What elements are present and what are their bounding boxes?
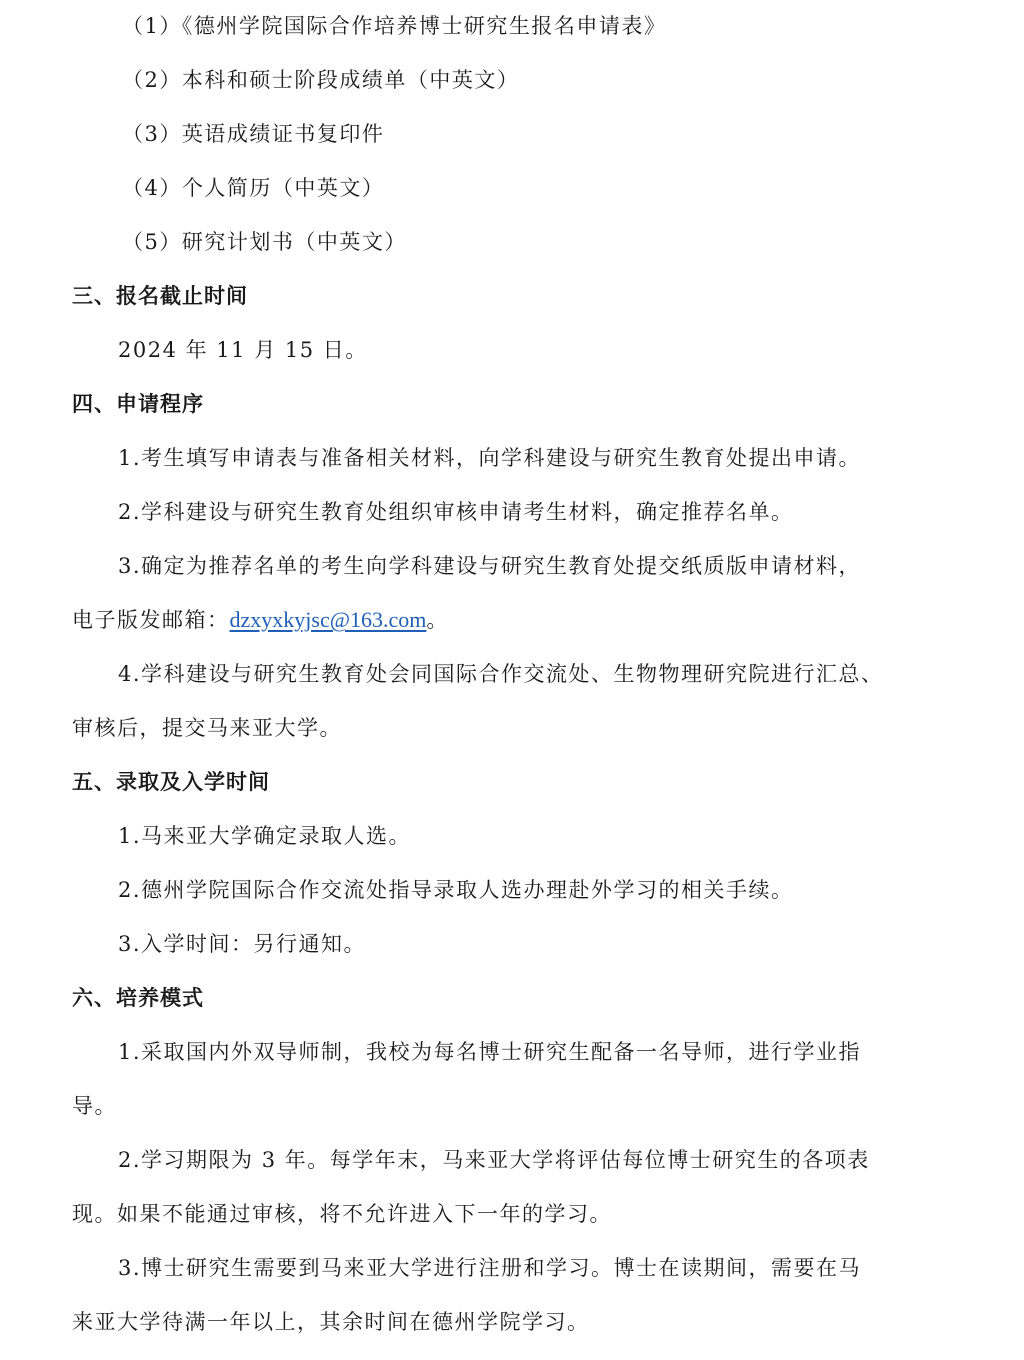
training-item-1-line2: 导。 xyxy=(72,1091,952,1121)
procedure-step-4-line1: 4.学科建设与研究生教育处会同国际合作交流处、生物物理研究院进行汇总、 xyxy=(118,659,998,689)
training-item-3-line1: 3.博士研究生需要到马来亚大学进行注册和学习。博士在读期间，需要在马 xyxy=(118,1253,998,1283)
training-item-2-line2: 现。如果不能通过审核，将不允许进入下一年的学习。 xyxy=(72,1199,952,1229)
training-item-1-line1: 1.采取国内外双导师制，我校为每名博士研究生配备一名导师，进行学业指 xyxy=(118,1037,998,1067)
procedure-step-1: 1.考生填写申请表与准备相关材料，向学科建设与研究生教育处提出申请。 xyxy=(118,443,998,473)
section-heading-procedure: 四、申请程序 xyxy=(72,389,952,419)
document-page: （1）《德州学院国际合作培养博士研究生报名申请表》 （2）本科和硕士阶段成绩单（… xyxy=(0,0,1024,1360)
section-heading-deadline: 三、报名截止时间 xyxy=(72,281,952,311)
material-item-2: （2）本科和硕士阶段成绩单（中英文） xyxy=(122,65,1002,95)
section-heading-training-mode: 六、培养模式 xyxy=(72,983,952,1013)
training-item-3-line2: 来亚大学待满一年以上，其余时间在德州学院学习。 xyxy=(72,1307,952,1337)
training-item-2-line1: 2.学习期限为 3 年。每学年末，马来亚大学将评估每位博士研究生的各项表 xyxy=(118,1145,998,1175)
email-label: 电子版发邮箱： xyxy=(72,608,230,632)
procedure-step-4-line2: 审核后，提交马来亚大学。 xyxy=(72,713,952,743)
admission-item-1: 1.马来亚大学确定录取人选。 xyxy=(118,821,998,851)
material-item-5: （5）研究计划书（中英文） xyxy=(122,227,1002,257)
procedure-step-3-line1: 3.确定为推荐名单的考生向学科建设与研究生教育处提交纸质版申请材料， xyxy=(118,551,998,581)
procedure-step-2: 2.学科建设与研究生教育处组织审核申请考生材料，确定推荐名单。 xyxy=(118,497,998,527)
email-link[interactable]: dzxyxkyjsc@163.com xyxy=(230,607,427,632)
admission-item-3: 3.入学时间：另行通知。 xyxy=(118,929,998,959)
email-suffix: 。 xyxy=(426,608,449,632)
material-item-4: （4）个人简历（中英文） xyxy=(122,173,1002,203)
procedure-step-3-line2: 电子版发邮箱：dzxyxkyjsc@163.com。 xyxy=(72,605,952,635)
deadline-date: 2024 年 11 月 15 日。 xyxy=(118,335,998,365)
material-item-1: （1）《德州学院国际合作培养博士研究生报名申请表》 xyxy=(122,11,1002,41)
material-item-3: （3）英语成绩证书复印件 xyxy=(122,119,1002,149)
section-heading-admission: 五、录取及入学时间 xyxy=(72,767,952,797)
admission-item-2: 2.德州学院国际合作交流处指导录取人选办理赴外学习的相关手续。 xyxy=(118,875,998,905)
